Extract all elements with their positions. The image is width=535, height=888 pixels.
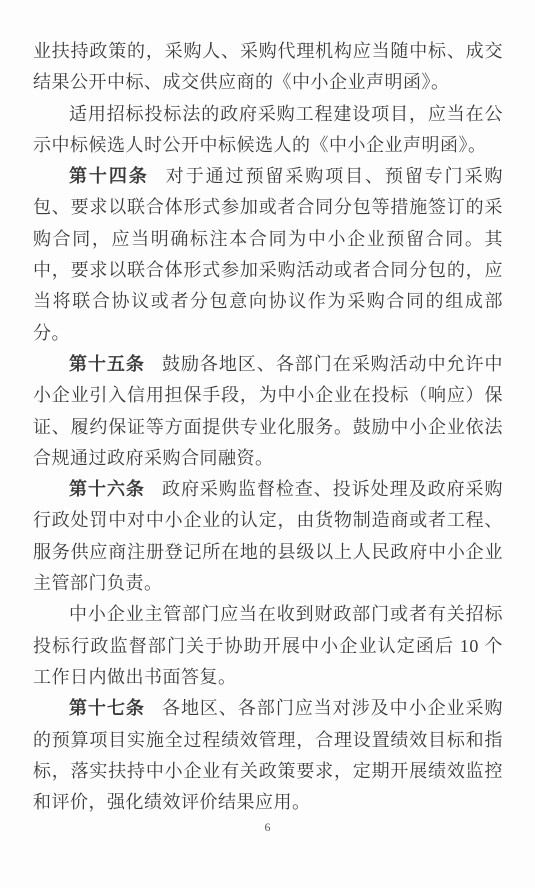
paragraph-text: 业扶持政策的，采购人、采购代理机构应当随中标、成交结果公开中标、成交供应商的《中… bbox=[33, 41, 503, 92]
page-number: 6 bbox=[0, 820, 535, 835]
article-17-heading: 第十七条 bbox=[69, 698, 145, 718]
article-15-paragraph: 第十五条鼓励各地区、各部门在采购活动中允许中小企业引入信用担保手段，为中小企业在… bbox=[33, 349, 503, 474]
article-15-heading: 第十五条 bbox=[69, 354, 145, 374]
article-14-body: 对于通过预留采购项目、预留专门采购包、要求以联合体形式参加或者合同分包等措施签订… bbox=[33, 166, 503, 342]
paragraph-text: 适用招标投标法的政府采购工程建设项目，应当在公示中标候选人时公开中标候选人的《中… bbox=[33, 104, 503, 155]
page-content: 业扶持政策的，采购人、采购代理机构应当随中标、成交结果公开中标、成交供应商的《中… bbox=[0, 0, 535, 818]
article-17-paragraph: 第十七条各地区、各部门应当对涉及中小企业采购的预算项目实施全过程绩效管理，合理设… bbox=[33, 693, 503, 818]
article-16-heading: 第十六条 bbox=[69, 479, 145, 499]
article-14-heading: 第十四条 bbox=[69, 166, 149, 186]
paragraph-text: 中小企业主管部门应当在收到财政部门或者有关招标投标行政监督部门关于协助开展中小企… bbox=[33, 604, 503, 687]
document-page: 业扶持政策的，采购人、采购代理机构应当随中标、成交结果公开中标、成交供应商的《中… bbox=[0, 0, 535, 888]
paragraph: 中小企业主管部门应当在收到财政部门或者有关招标投标行政监督部门关于协助开展中小企… bbox=[33, 599, 503, 693]
paragraph: 适用招标投标法的政府采购工程建设项目，应当在公示中标候选人时公开中标候选人的《中… bbox=[33, 99, 503, 162]
article-16-paragraph: 第十六条政府采购监督检查、投诉处理及政府采购行政处罚中对中小企业的认定，由货物制… bbox=[33, 474, 503, 599]
article-14-paragraph: 第十四条对于通过预留采购项目、预留专门采购包、要求以联合体形式参加或者合同分包等… bbox=[33, 161, 503, 349]
paragraph-continuation: 业扶持政策的，采购人、采购代理机构应当随中标、成交结果公开中标、成交供应商的《中… bbox=[33, 36, 503, 99]
